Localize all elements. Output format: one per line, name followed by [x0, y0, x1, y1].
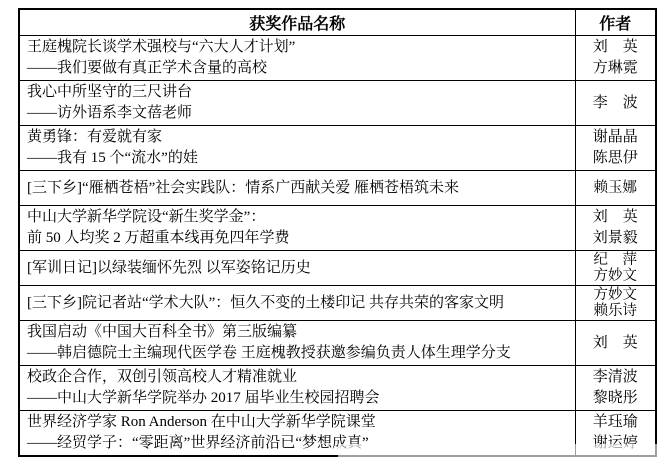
work-title-line: [三下乡]“雁栖苍梧”社会实践队：情系广西献关爱 雁栖苍梧筑未来 — [27, 179, 571, 197]
author-name: 纪 萍 — [578, 252, 654, 269]
author-name: 赖玉娜 — [578, 180, 654, 197]
table-row: 校政企合作，双创引领高校人才精准就业 ——中山大学新华学院举办 2017 届毕业… — [19, 366, 656, 411]
author-name: 陈思伊 — [578, 148, 654, 169]
author-name: 羊珏瑜 — [578, 412, 654, 433]
author-cell: 刘 英 刘景毅 — [575, 206, 656, 251]
table-row: [军训日记]以绿装缅怀先烈 以军姿铭记历史 纪 萍 方妙文 — [19, 251, 656, 286]
work-title-line: 王庭槐院长谈学术强校与“六大人才计划” — [27, 37, 571, 58]
work-title-line: [三下乡]院记者站“学术大队”：恒久不变的土楼印记 共存共荣的客家文明 — [27, 294, 571, 312]
author-cell: 赖玉娜 — [575, 171, 656, 206]
table-row: 世界经济学家 Ron Anderson 在中山大学新华学院课堂 ——经贸学子：“… — [19, 411, 656, 457]
author-name: 谢运婷 — [578, 433, 654, 454]
table-row: 中山大学新华学院设“新生奖学金”： 前 50 人均奖 2 万超重本线再免四年学费… — [19, 206, 656, 251]
work-title-cell: 我心中所坚守的三尺讲台 ——访外语系李文蓓老师 — [19, 81, 575, 126]
author-name: 方妙文 — [578, 268, 654, 285]
work-subtitle-line: ——中山大学新华学院举办 2017 届毕业生校园招聘会 — [27, 388, 571, 409]
work-title-cell: 校政企合作，双创引领高校人才精准就业 ——中山大学新华学院举办 2017 届毕业… — [19, 366, 575, 411]
author-name: 李清波 — [578, 367, 654, 388]
header-row: 获奖作品名称 作者 — [19, 9, 656, 36]
work-title-line: 世界经济学家 Ron Anderson 在中山大学新华学院课堂 — [27, 412, 571, 433]
work-title-cell: 中山大学新华学院设“新生奖学金”： 前 50 人均奖 2 万超重本线再免四年学费 — [19, 206, 575, 251]
work-subtitle-line: 前 50 人均奖 2 万超重本线再免四年学费 — [27, 228, 571, 249]
work-title-cell: 世界经济学家 Ron Anderson 在中山大学新华学院课堂 ——经贸学子：“… — [19, 411, 575, 457]
author-cell: 谢晶晶 陈思伊 — [575, 126, 656, 171]
author-name: 谢晶晶 — [578, 127, 654, 148]
header-title-cell: 获奖作品名称 — [19, 9, 575, 36]
author-cell: 纪 萍 方妙文 — [575, 251, 656, 286]
author-name: 刘 英 — [578, 37, 654, 58]
author-cell: 李 波 — [575, 81, 656, 126]
work-title-cell: [三下乡]“雁栖苍梧”社会实践队：情系广西献关爱 雁栖苍梧筑未来 — [19, 171, 575, 206]
table-row: 我心中所坚守的三尺讲台 ——访外语系李文蓓老师 李 波 — [19, 81, 656, 126]
table-row: 黄勇锋：有爱就有家 ——我有 15 个“流水”的娃 谢晶晶 陈思伊 — [19, 126, 656, 171]
author-cell: 刘 英 — [575, 321, 656, 366]
author-cell: 方妙文 赖乐诗 — [575, 286, 656, 321]
work-subtitle-line: ——访外语系李文蓓老师 — [27, 103, 571, 124]
work-title-line: [军训日记]以绿装缅怀先烈 以军姿铭记历史 — [27, 259, 571, 277]
work-title-line: 我心中所坚守的三尺讲台 — [27, 82, 571, 103]
work-subtitle-line: ——韩启德院士主编现代医学卷 王庭槐教授获邀参编负责人体生理学分支 — [27, 343, 571, 364]
work-title-cell: [三下乡]院记者站“学术大队”：恒久不变的土楼印记 共存共荣的客家文明 — [19, 286, 575, 321]
work-title-line: 黄勇锋：有爱就有家 — [27, 127, 571, 148]
work-subtitle-line: ——我们要做有真正学术含量的高校 — [27, 58, 571, 79]
author-cell: 李清波 黎晓彤 — [575, 366, 656, 411]
work-title-line: 校政企合作，双创引领高校人才精准就业 — [27, 367, 571, 388]
work-title-cell: [军训日记]以绿装缅怀先烈 以军姿铭记历史 — [19, 251, 575, 286]
author-name: 刘景毅 — [578, 228, 654, 249]
work-title-line: 中山大学新华学院设“新生奖学金”： — [27, 207, 571, 228]
author-name: 刘 英 — [578, 207, 654, 228]
work-title-cell: 黄勇锋：有爱就有家 ——我有 15 个“流水”的娃 — [19, 126, 575, 171]
table-row: 王庭槐院长谈学术强校与“六大人才计划” ——我们要做有真正学术含量的高校 刘 英… — [19, 36, 656, 81]
author-cell: 刘 英 方琳霓 — [575, 36, 656, 81]
table-row: [三下乡]“雁栖苍梧”社会实践队：情系广西献关爱 雁栖苍梧筑未来 赖玉娜 — [19, 171, 656, 206]
author-name: 方妙文 — [578, 287, 654, 304]
author-name: 刘 英 — [578, 333, 654, 354]
table-row: [三下乡]院记者站“学术大队”：恒久不变的土楼印记 共存共荣的客家文明 方妙文 … — [19, 286, 656, 321]
awards-table: 获奖作品名称 作者 王庭槐院长谈学术强校与“六大人才计划” ——我们要做有真正学… — [18, 8, 657, 457]
work-title-cell: 我国启动《中国大百科全书》第三版编纂 ——韩启德院士主编现代医学卷 王庭槐教授获… — [19, 321, 575, 366]
author-name: 黎晓彤 — [578, 388, 654, 409]
author-name: 赖乐诗 — [578, 303, 654, 320]
work-title-cell: 王庭槐院长谈学术强校与“六大人才计划” ——我们要做有真正学术含量的高校 — [19, 36, 575, 81]
author-cell: 羊珏瑜 谢运婷 — [575, 411, 656, 457]
header-author-cell: 作者 — [575, 9, 656, 36]
work-subtitle-line: ——我有 15 个“流水”的娃 — [27, 148, 571, 169]
work-subtitle-line: ——经贸学子：“零距离”世界经济前沿已“梦想成真” — [27, 433, 571, 454]
work-title-line: 我国启动《中国大百科全书》第三版编纂 — [27, 322, 571, 343]
author-name: 李 波 — [578, 93, 654, 114]
table-row: 我国启动《中国大百科全书》第三版编纂 ——韩启德院士主编现代医学卷 王庭槐教授获… — [19, 321, 656, 366]
author-name: 方琳霓 — [578, 58, 654, 79]
